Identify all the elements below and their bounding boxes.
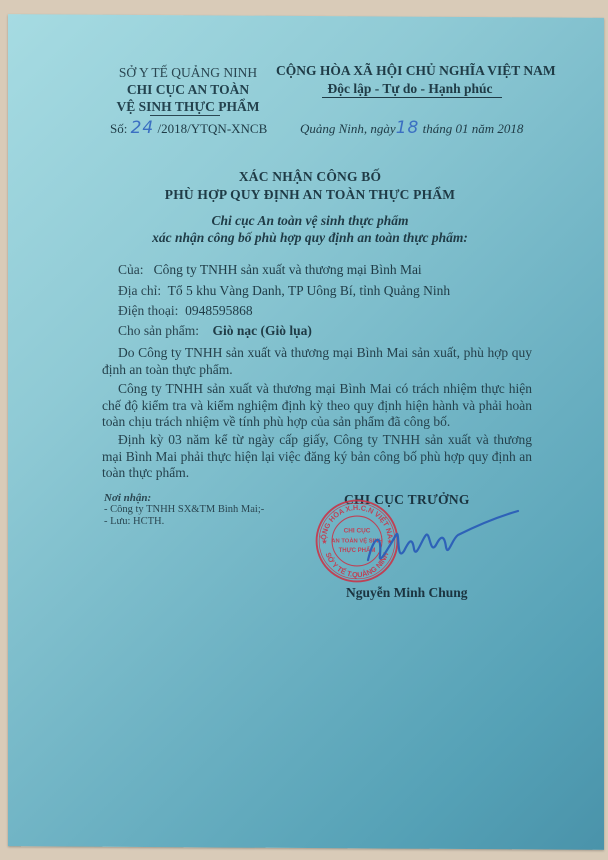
document-number: Số: 24 /2018/YTQN-XNCB [110,118,267,138]
parent-department: SỞ Y TẾ QUẢNG NINH [96,64,280,81]
recipient-item: - Lưu: HCTH. [104,516,264,528]
paragraph-compliance: Do Công ty TNHH sản xuất và thương mại B… [102,345,532,378]
field-address: Địa chỉ: Tổ 5 khu Vàng Danh, TP Uông Bí,… [118,283,450,299]
recipient-item: - Công ty TNHH SX&TM Bình Mai;- [104,504,264,516]
field-company: Của: Công ty TNHH sản xuất và thương mại… [118,262,422,278]
field-label: Địa chỉ: [118,283,161,298]
field-label: Cho sản phẩm: [118,323,199,338]
field-label: Điện thoại: [118,303,178,318]
document-number-suffix: /2018/YTQN-XNCB [157,121,267,136]
date-suffix: tháng 01 năm 2018 [423,121,524,136]
signatory-name: Nguyễn Minh Chung [346,585,468,601]
title-line2: PHÙ HỢP QUY ĐỊNH AN TOÀN THỰC PHẨM [100,186,520,204]
document-title: XÁC NHẬN CÔNG BỐ PHÙ HỢP QUY ĐỊNH AN TOÀ… [100,168,520,204]
field-phone: Điện thoại: 0948595868 [118,303,253,319]
paragraph-renewal: Định kỳ 03 năm kể từ ngày cấp giấy, Công… [102,432,532,482]
document-subtitle: Chi cục An toàn vệ sinh thực phẩm xác nh… [100,212,520,246]
svg-text:★: ★ [322,539,328,546]
motto-underline [322,97,502,98]
date-line: Quảng Ninh, ngày18 tháng 01 năm 2018 [300,118,523,138]
nation-name: CỘNG HÒA XÃ HỘI CHỦ NGHĨA VIỆT NAM [276,62,544,80]
document-number-label: Số: [110,121,127,136]
subtitle-line1: Chi cục An toàn vệ sinh thực phẩm [100,212,520,229]
agency-name-line1: CHI CỤC AN TOÀN [96,81,280,98]
issuing-agency-block: SỞ Y TẾ QUẢNG NINH CHI CỤC AN TOÀN VỆ SI… [96,64,280,115]
agency-name-line2: VỆ SINH THỰC PHẨM [96,98,280,115]
handwritten-signature-icon [360,505,530,575]
field-product: Cho sản phẩm: Giò nạc (Giò lụa) [118,323,312,339]
agency-underline [150,115,220,116]
field-value: 0948595868 [185,303,253,318]
paragraph-responsibility: Công ty TNHH sản xuất và thương mại Bình… [102,381,532,431]
field-value: Công ty TNHH sản xuất và thương mại Bình… [154,262,422,277]
field-value: Tổ 5 khu Vàng Danh, TP Uông Bí, tỉnh Quả… [168,283,451,298]
field-label: Của: [118,262,144,277]
national-motto: Độc lập - Tự do - Hạnh phúc [276,80,544,98]
national-header-block: CỘNG HÒA XÃ HỘI CHỦ NGHĨA VIỆT NAM Độc l… [276,62,544,98]
title-line1: XÁC NHẬN CÔNG BỐ [100,168,520,186]
date-day-handwritten: 18 [396,118,420,138]
subtitle-line2: xác nhận công bố phù hợp quy định an toà… [100,229,520,246]
recipients-heading: Nơi nhận: [104,492,264,504]
recipients-block: Nơi nhận: - Công ty TNHH SX&TM Bình Mai;… [104,492,264,528]
document-number-handwritten: 24 [131,118,155,138]
field-value: Giò nạc (Giò lụa) [213,323,312,338]
date-prefix: Quảng Ninh, ngày [300,121,396,136]
